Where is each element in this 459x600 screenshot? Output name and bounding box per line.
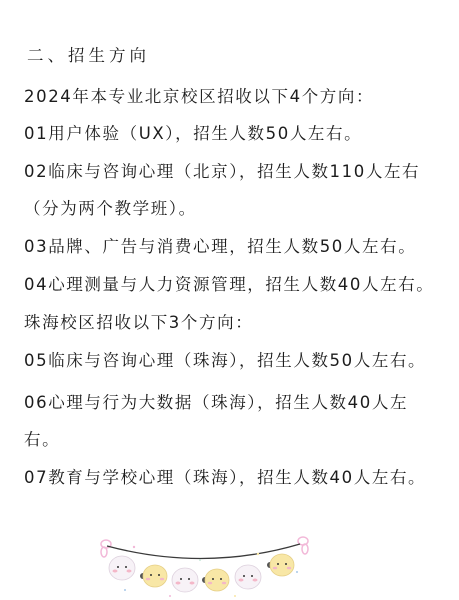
direction-06: 06心理与行为大数据（珠海），招生人数40人左: [24, 392, 408, 414]
direction-06-continuation: 右。: [24, 429, 60, 451]
yellow-face-1-icon: [140, 565, 167, 587]
direction-02: 02临床与咨询心理（北京），招生人数110人左右: [24, 161, 420, 183]
white-face-3-icon: [235, 565, 261, 589]
direction-03: 03品牌、广告与消费心理，招生人数50人左右。: [24, 236, 416, 258]
yellow-face-2-icon: [202, 569, 229, 591]
direction-07: 07教育与学校心理（珠海），招生人数40人左右。: [24, 467, 426, 489]
direction-04: 04心理测量与人力资源管理，招生人数40人左右。: [24, 274, 434, 296]
pink-bow-left-icon: [101, 540, 111, 557]
direction-02-continuation: （分为两个教学班）。: [24, 198, 197, 220]
direction-01: 01用户体验（UX），招生人数50人左右。: [24, 123, 362, 145]
pink-bow-right-icon: [298, 537, 308, 554]
white-face-1-icon: [109, 556, 135, 580]
zhuhai-intro: 珠海校区招收以下3个方向：: [24, 312, 253, 334]
garland-string: [107, 544, 300, 559]
direction-05: 05临床与咨询心理（珠海），招生人数50人左右。: [24, 350, 426, 372]
garland-decoration-icon: [100, 530, 360, 600]
section-heading: 二、招生方向: [27, 45, 150, 67]
document-page: 二、招生方向 2024年本专业北京校区招收以下4个方向： 01用户体验（UX），…: [0, 0, 459, 600]
beijing-intro: 2024年本专业北京校区招收以下4个方向：: [24, 86, 374, 108]
yellow-face-3-icon: [267, 554, 294, 576]
white-face-2-icon: [172, 568, 198, 592]
